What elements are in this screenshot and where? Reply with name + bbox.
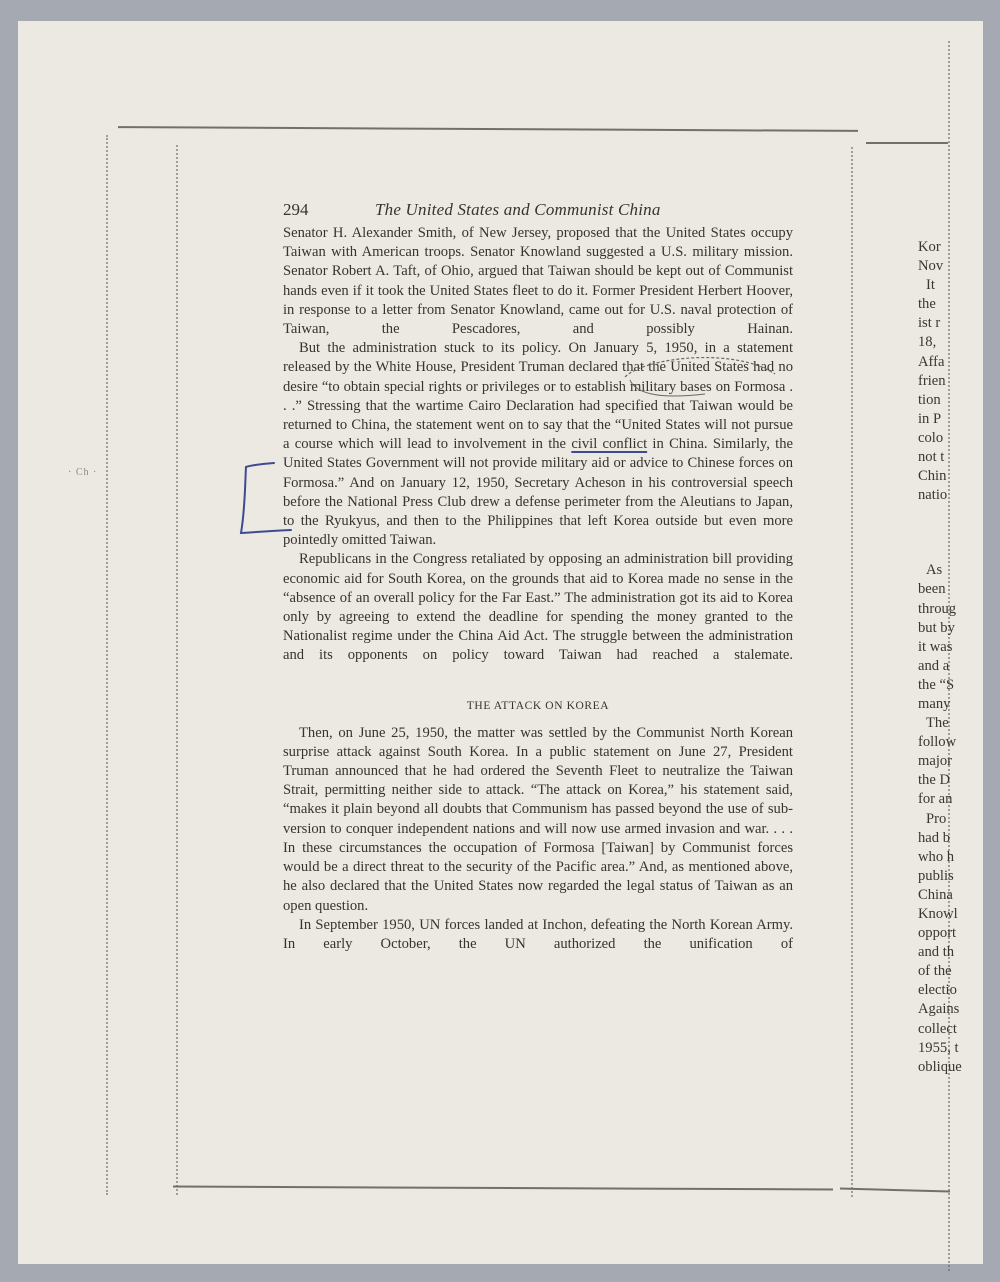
paragraph-4: Then, on June 25, 1950, the matter was s… bbox=[283, 724, 793, 916]
fragment-line: Knowl bbox=[918, 905, 966, 924]
fragment-line: in P bbox=[918, 410, 966, 429]
pen-underline-civil-conflict: civil conflict bbox=[571, 436, 647, 452]
fragment-line: follow bbox=[918, 733, 966, 752]
pen-bracket-annotation bbox=[236, 455, 296, 545]
fragment-line: 18, bbox=[918, 333, 966, 352]
fragment-line: many bbox=[918, 695, 966, 714]
fragment-line: Agains bbox=[918, 1000, 966, 1019]
fold-line-left bbox=[106, 135, 108, 1195]
fragment-line: oblique bbox=[918, 1058, 966, 1077]
fragment-line: Chin bbox=[918, 467, 966, 486]
book-page-294: 294 The United States and Communist Chin… bbox=[283, 200, 793, 954]
fragment-line: and a bbox=[918, 657, 966, 676]
fragment-line: who h bbox=[918, 848, 966, 867]
fragment-line: electio bbox=[918, 981, 966, 1000]
crop-line-bottom-right bbox=[840, 1188, 950, 1193]
fragment-line: the D bbox=[918, 771, 966, 790]
crop-line-bottom bbox=[173, 1186, 833, 1191]
fold-line-left-inner bbox=[176, 145, 178, 1195]
fragment-line: and th bbox=[918, 943, 966, 962]
fold-line-right bbox=[851, 147, 853, 1197]
margin-smudge: · Ch · bbox=[68, 467, 97, 478]
crop-line-top-left bbox=[118, 126, 858, 132]
fragment-line: for an bbox=[918, 790, 966, 809]
fragment-line: been bbox=[918, 580, 966, 599]
fragment-line: the bbox=[918, 295, 966, 314]
fragment-line: throug bbox=[918, 600, 966, 619]
paragraph-5: In September 1950, UN forces landed at I… bbox=[283, 916, 793, 954]
fragment-line: colo bbox=[918, 429, 966, 448]
fragment-line: but by bbox=[918, 619, 966, 638]
fragment-line: major bbox=[918, 752, 966, 771]
page-number: 294 bbox=[283, 200, 375, 220]
fragment-line: the “S bbox=[918, 676, 966, 695]
section-heading: The Attack on Korea bbox=[283, 700, 793, 712]
crop-line-top-right bbox=[866, 142, 948, 144]
paragraph-1: Senator H. Alexander Smith, of New Jerse… bbox=[283, 224, 793, 339]
fragment-line: As bbox=[918, 561, 966, 580]
fragment-line: collect bbox=[918, 1020, 966, 1039]
fragment-line: Pro bbox=[918, 810, 966, 829]
fragment-line: it was bbox=[918, 638, 966, 657]
fragment-line: tion bbox=[918, 391, 966, 410]
fragment-line: had b bbox=[918, 829, 966, 848]
fragment-line: Kor bbox=[918, 238, 966, 257]
paragraph-2-after: in China. Similarly, the United States G… bbox=[283, 436, 793, 548]
fragment-section-gap bbox=[918, 505, 966, 561]
fragment-line: opport bbox=[918, 924, 966, 943]
fragment-line: ist r bbox=[918, 314, 966, 333]
paragraph-3: Republicans in the Congress retaliated b… bbox=[283, 550, 793, 665]
fragment-line: Nov bbox=[918, 257, 966, 276]
fragment-line: The bbox=[918, 714, 966, 733]
fragment-line: China bbox=[918, 886, 966, 905]
fragment-line: 1955, t bbox=[918, 1039, 966, 1058]
running-head: 294 The United States and Communist Chin… bbox=[283, 200, 793, 224]
fragment-line: of the bbox=[918, 962, 966, 981]
fragment-line: frien bbox=[918, 372, 966, 391]
fragment-line: Affa bbox=[918, 353, 966, 372]
running-title: The United States and Communist China bbox=[375, 200, 661, 220]
fragment-line: not t bbox=[918, 448, 966, 467]
pen-arc-hainan bbox=[615, 352, 795, 402]
fragment-line: It bbox=[918, 276, 966, 295]
adjacent-page-fragment: Kor Nov It the ist r 18, Affa frien tion… bbox=[918, 238, 966, 1077]
fragment-line: publis bbox=[918, 867, 966, 886]
fragment-line: natio bbox=[918, 486, 966, 505]
